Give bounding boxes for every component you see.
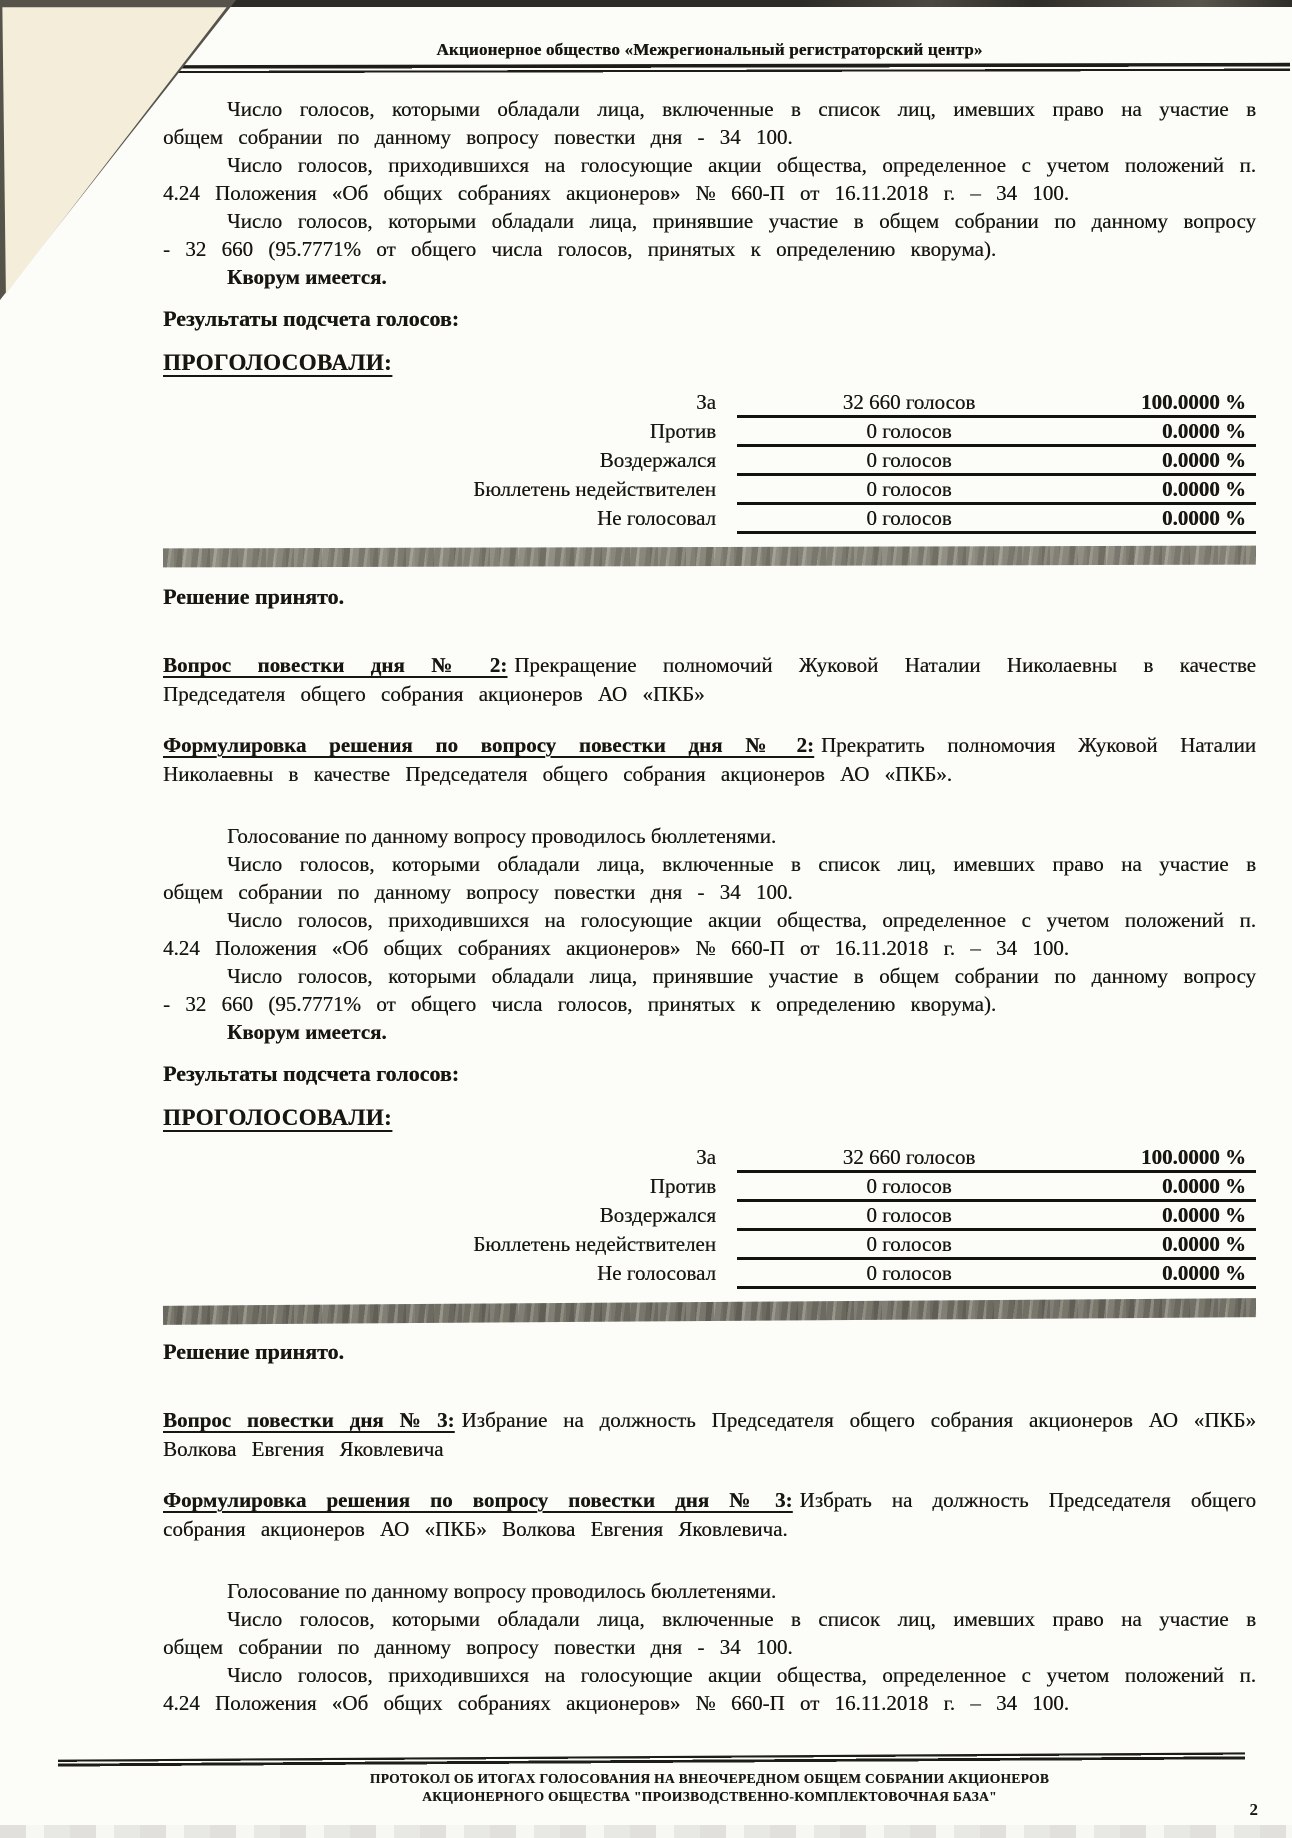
page-number: 2	[1250, 1800, 1259, 1820]
vote-percent: 0.0000 %	[1081, 476, 1256, 502]
vote-cell: 32 660 голосов 100.0000 %	[737, 1144, 1256, 1173]
vote-count: 0 голосов	[737, 1231, 1081, 1257]
vote-option-label: За	[163, 389, 726, 418]
scanner-bottom-artifact	[0, 1825, 1292, 1838]
paragraph-votes-included: Число голосов, которыми обладали лица, в…	[163, 850, 1256, 906]
vote-count: 32 660 голосов	[737, 389, 1081, 415]
vote-percent: 100.0000 %	[1081, 389, 1256, 415]
quorum-statement: Кворум имеется.	[163, 263, 1256, 291]
paragraph-votes-included: Число голосов, которыми обладали лица, в…	[163, 95, 1256, 151]
quorum-statement: Кворум имеется.	[163, 1018, 1256, 1046]
question-3-resolution: Формулировка решения по вопросу повестки…	[163, 1486, 1256, 1544]
paragraph-votes-included: Число голосов, которыми обладали лица, в…	[163, 1605, 1256, 1661]
vote-percent: 0.0000 %	[1081, 1231, 1256, 1257]
vote-count: 0 голосов	[737, 505, 1081, 531]
vote-percent: 100.0000 %	[1081, 1144, 1256, 1170]
table-row: Бюллетень недействителен 0 голосов 0.000…	[163, 476, 1256, 505]
vote-count: 0 голосов	[737, 1260, 1081, 1286]
vote-count: 0 голосов	[737, 1202, 1081, 1228]
scan-stripe-artifact	[163, 1298, 1256, 1325]
vote-percent: 0.0000 %	[1081, 1173, 1256, 1199]
paragraph-voting-shares: Число голосов, приходившихся на голосующ…	[163, 906, 1256, 962]
vote-cell: 0 голосов 0.0000 %	[737, 1260, 1256, 1289]
vote-cell: 0 голосов 0.0000 %	[737, 1202, 1256, 1231]
question-3-label: Вопрос повестки дня № 3:	[163, 1408, 455, 1432]
footer-title-line1: ПРОТОКОЛ ОБ ИТОГАХ ГОЛОСОВАНИЯ НА ВНЕОЧЕ…	[163, 1770, 1256, 1788]
vote-cell: 0 голосов 0.0000 %	[737, 1173, 1256, 1202]
scan-stripe-artifact	[163, 546, 1256, 568]
vote-percent: 0.0000 %	[1081, 1202, 1256, 1228]
ballot-method-note: Голосование по данному вопросу проводило…	[163, 1577, 1256, 1605]
question-2-title: Вопрос повестки дня № 2:Прекращение полн…	[163, 651, 1256, 709]
vote-count: 0 голосов	[737, 418, 1081, 444]
paragraph-votes-participated: Число голосов, которыми обладали лица, п…	[163, 962, 1256, 1018]
vote-option-label: Не голосовал	[163, 505, 726, 534]
results-heading: Результаты подсчета голосов:	[163, 305, 1256, 333]
vote-count: 0 голосов	[737, 476, 1081, 502]
question-3-title: Вопрос повестки дня № 3:Избрание на долж…	[163, 1406, 1256, 1464]
question-3-resolution-label: Формулировка решения по вопросу повестки…	[163, 1488, 793, 1512]
vote-cell: 0 голосов 0.0000 %	[737, 1231, 1256, 1260]
table-row: Против 0 голосов 0.0000 %	[163, 1173, 1256, 1202]
vote-count: 0 голосов	[737, 1173, 1081, 1199]
vote-cell: 0 голосов 0.0000 %	[737, 418, 1256, 447]
document-footer: ПРОТОКОЛ ОБ ИТОГАХ ГОЛОСОВАНИЯ НА ВНЕОЧЕ…	[163, 1770, 1256, 1806]
results-heading: Результаты подсчета голосов:	[163, 1060, 1256, 1088]
vote-option-label: Воздержался	[163, 1202, 726, 1231]
table-row: Против 0 голосов 0.0000 %	[163, 418, 1256, 447]
vote-option-label: Против	[163, 418, 726, 447]
vote-count: 32 660 голосов	[737, 1144, 1081, 1170]
header-rule	[155, 63, 1290, 75]
vote-cell: 0 голосов 0.0000 %	[737, 447, 1256, 476]
paragraph-votes-participated: Число голосов, которыми обладали лица, п…	[163, 207, 1256, 263]
table-row: Воздержался 0 голосов 0.0000 %	[163, 1202, 1256, 1231]
decision-statement: Решение принято.	[163, 583, 1256, 611]
vote-option-label: За	[163, 1144, 726, 1173]
vote-results-table-q1: За 32 660 голосов 100.0000 % Против 0 го…	[163, 389, 1256, 534]
vote-option-label: Воздержался	[163, 447, 726, 476]
vote-results-table-q2: За 32 660 голосов 100.0000 % Против 0 го…	[163, 1144, 1256, 1289]
footer-rule	[58, 1752, 1245, 1767]
table-row: Бюллетень недействителен 0 голосов 0.000…	[163, 1231, 1256, 1260]
table-row: Не голосовал 0 голосов 0.0000 %	[163, 1260, 1256, 1289]
page-corner-fold-artifact	[0, 0, 236, 300]
voted-heading: ПРОГОЛОСОВАЛИ:	[163, 347, 1256, 379]
table-row: За 32 660 голосов 100.0000 %	[163, 1144, 1256, 1173]
table-row: Не голосовал 0 голосов 0.0000 %	[163, 505, 1256, 534]
decision-statement: Решение принято.	[163, 1338, 1256, 1366]
question-2-label: Вопрос повестки дня № 2:	[163, 653, 507, 677]
vote-cell: 32 660 голосов 100.0000 %	[737, 389, 1256, 418]
question-2-resolution: Формулировка решения по вопросу повестки…	[163, 731, 1256, 789]
header-company-name: Акционерное общество «Межрегиональный ре…	[163, 40, 1256, 60]
vote-percent: 0.0000 %	[1081, 447, 1256, 473]
vote-percent: 0.0000 %	[1081, 1260, 1256, 1286]
document-body: Число голосов, которыми обладали лица, в…	[0, 75, 1292, 1717]
table-row: Воздержался 0 голосов 0.0000 %	[163, 447, 1256, 476]
vote-cell: 0 голосов 0.0000 %	[737, 505, 1256, 534]
ballot-method-note: Голосование по данному вопросу проводило…	[163, 822, 1256, 850]
vote-count: 0 голосов	[737, 447, 1081, 473]
vote-percent: 0.0000 %	[1081, 505, 1256, 531]
vote-option-label: Бюллетень недействителен	[163, 476, 726, 505]
paragraph-voting-shares: Число голосов, приходившихся на голосующ…	[163, 1661, 1256, 1717]
vote-option-label: Бюллетень недействителен	[163, 1231, 726, 1260]
footer-title-line2: АКЦИОНЕРНОГО ОБЩЕСТВА "ПРОИЗВОДСТВЕННО-К…	[163, 1788, 1256, 1806]
voted-heading: ПРОГОЛОСОВАЛИ:	[163, 1102, 1256, 1134]
table-row: За 32 660 голосов 100.0000 %	[163, 389, 1256, 418]
paragraph-voting-shares: Число голосов, приходившихся на голосующ…	[163, 151, 1256, 207]
vote-option-label: Не голосовал	[163, 1260, 726, 1289]
vote-option-label: Против	[163, 1173, 726, 1202]
scanned-document-page: Акционерное общество «Межрегиональный ре…	[0, 0, 1292, 1838]
vote-cell: 0 голосов 0.0000 %	[737, 476, 1256, 505]
vote-percent: 0.0000 %	[1081, 418, 1256, 444]
question-2-resolution-label: Формулировка решения по вопросу повестки…	[163, 733, 814, 757]
